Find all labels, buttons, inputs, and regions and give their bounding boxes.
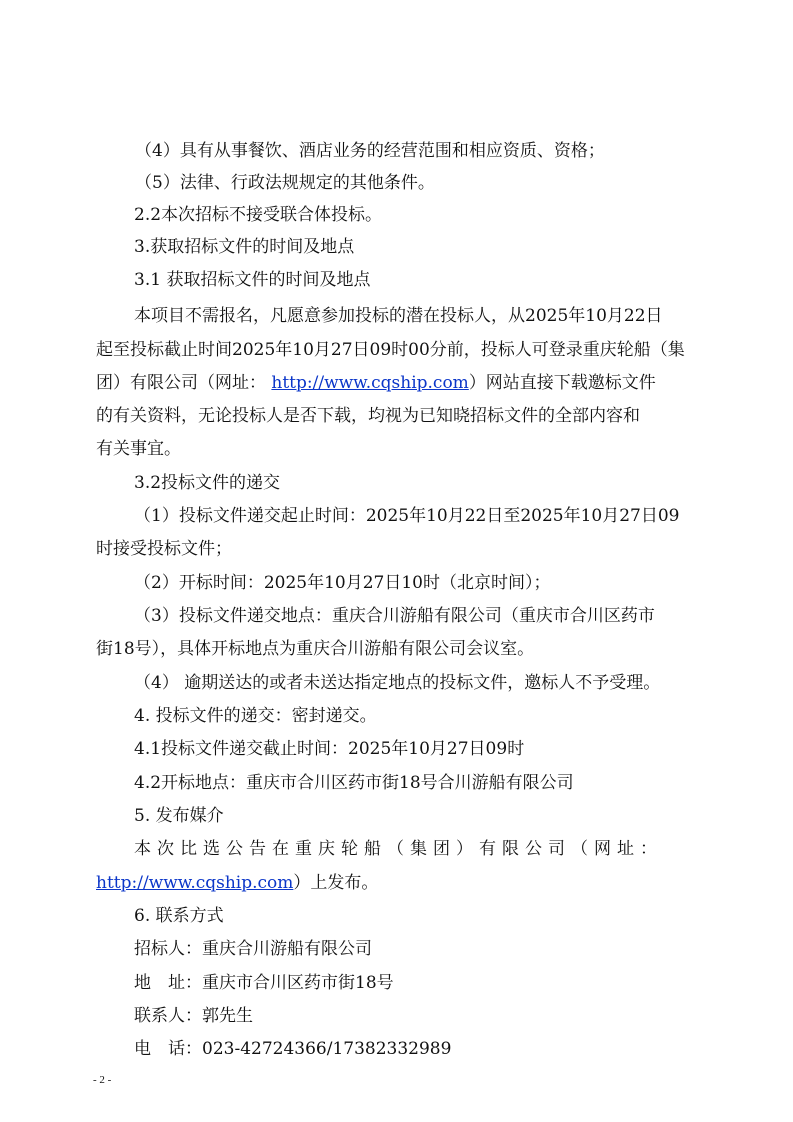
section-4-2: 4.2开标地点：重庆市合川区药市街18号合川游船有限公司 (134, 772, 574, 794)
section-3-1-heading: 3.1 获取招标文件的时间及地点 (134, 269, 370, 291)
submission-item-3-cont: 街18号），具体开标地点为重庆合川游船有限公司会议室。 (96, 638, 534, 660)
requirement-4: （4）具有从事餐饮、酒店业务的经营范围和相应资质、资格； (135, 140, 605, 162)
contact-tenderer: 招标人：重庆合川游船有限公司 (134, 938, 372, 960)
paragraph-text: ）网站直接下载邀标文件 (469, 373, 656, 393)
section-4-heading: 4. 投标文件的递交：密封递交。 (134, 705, 377, 727)
section-5-heading: 5. 发布媒介 (134, 805, 224, 827)
website-link[interactable]: http://www.cqship.com (271, 373, 468, 393)
submission-item-1: （1）投标文件递交起止时间：2025年10月22日至2025年10月27日09 (134, 505, 680, 527)
publication-text: 本次比选公告在重庆轮船（集团）有限公司（网址： (134, 838, 663, 860)
section-3-heading: 3.获取招标文件的时间及地点 (134, 236, 354, 258)
paragraph-line: 有关事宜。 (96, 438, 181, 460)
submission-item-1-cont: 时接受投标文件； (96, 538, 232, 560)
contact-person: 联系人：郭先生 (134, 1005, 253, 1027)
section-6-heading: 6. 联系方式 (134, 905, 224, 927)
paragraph-text: ）上发布。 (293, 873, 378, 893)
page-number: - 2 - (93, 1074, 111, 1086)
submission-item-4: （4） 逾期送达的或者未送达指定地点的投标文件，邀标人不予受理。 (134, 672, 660, 694)
paragraph-line: 起至投标截止时间2025年10月27日09时00分前，投标人可登录重庆轮船（集 (96, 339, 685, 361)
section-3-2-heading: 3.2投标文件的递交 (134, 472, 280, 494)
paragraph-text: 团）有限公司（网址： (96, 373, 266, 393)
section-2-2: 2.2本次招标不接受联合体投标。 (134, 204, 382, 226)
requirement-5: （5）法律、行政法规规定的其他条件。 (135, 172, 435, 194)
section-4-1: 4.1投标文件递交截止时间：2025年10月27日09时 (134, 738, 524, 760)
contact-phone: 电 话：023-42724366/17382332989 (134, 1038, 451, 1060)
submission-item-3: （3）投标文件递交地点：重庆合川游船有限公司（重庆市合川区药市 (134, 605, 655, 627)
paragraph-line: 团）有限公司（网址： http://www.cqship.com）网站直接下载邀… (96, 372, 656, 394)
publication-text-cont: http://www.cqship.com）上发布。 (96, 872, 378, 894)
paragraph-line: 的有关资料，无论投标人是否下载，均视为已知晓招标文件的全部内容和 (96, 405, 640, 427)
paragraph-line: 本项目不需报名，凡愿意参加投标的潜在投标人，从2025年10月22日 (134, 305, 663, 327)
submission-item-2: （2）开标时间：2025年10月27日10时（北京时间）； (134, 572, 550, 594)
website-link[interactable]: http://www.cqship.com (96, 873, 293, 893)
contact-address: 地 址：重庆市合川区药市街18号 (134, 972, 394, 994)
